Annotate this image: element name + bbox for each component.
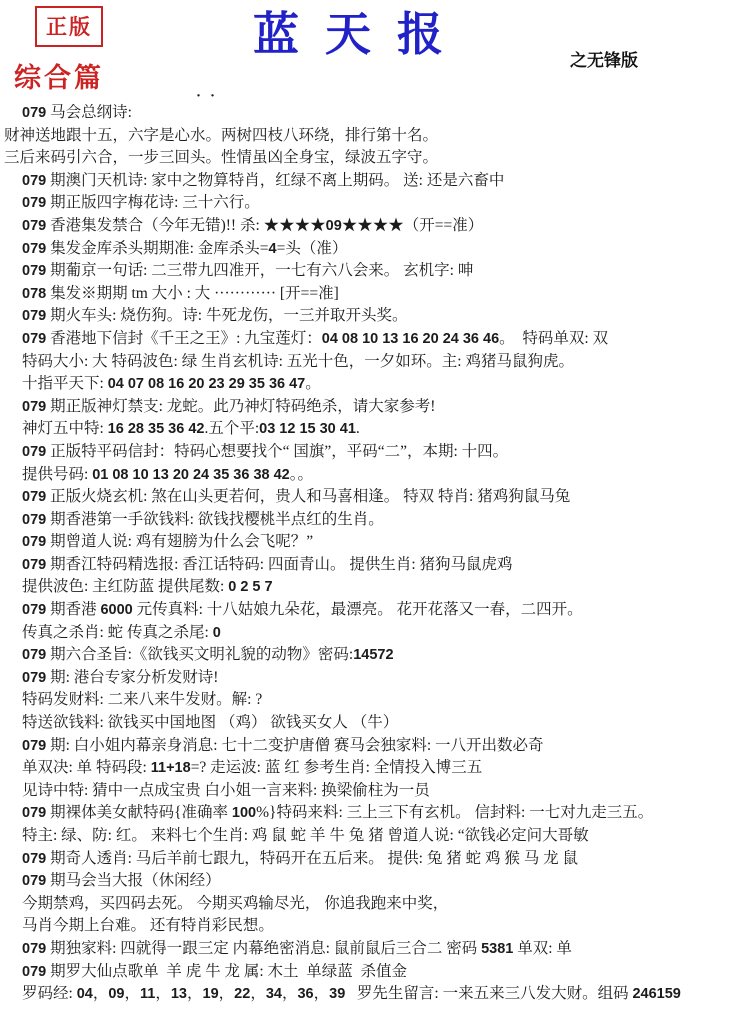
- report-line: 传真之杀肖: 蛇 传真之杀尾: 0: [22, 622, 742, 645]
- report-line: 提供波色: 主红防蓝 提供尾数: 0 2 5 7: [22, 576, 742, 599]
- report-line: 079 期: 港台专家分析发财诗!: [22, 667, 742, 690]
- report-line: 三后来码引六合，一步三回头。性情虽凶全身宝，绿波五字守。: [4, 147, 742, 170]
- report-line: 079 期马会当大报（休闲经）: [22, 870, 742, 893]
- report-line: 079 香港地下信封《千王之王》: 九宝莲灯：04 08 10 13 16 20…: [22, 328, 742, 351]
- report-line: 079 期曾道人说: 鸡有翅膀为什么会飞呢？”: [22, 531, 742, 554]
- report-line: 079 正版特平码信封：特码心想要找个“ 国旗”，平码“二”，本期: 十四。: [22, 441, 742, 464]
- report-line: 今期禁鸡，买四码去死。 今期买鸡输尽光， 你追我跑来中奖，: [22, 893, 742, 916]
- report-line: 079 期: 白小姐内幕亲身消息: 七十二变护唐僧 赛马会独家料: 一八开出数必…: [22, 735, 742, 758]
- report-line: 079 期香江特码精选报: 香江话特码: 四面青山。 提供生肖: 猪狗马鼠虎鸡: [22, 554, 742, 577]
- report-line: 079 期罗大仙点歌单 羊 虎 牛 龙 属: 木土 单绿蓝 杀值金: [22, 961, 742, 984]
- report-line: 财神送地跟十五，六字是心水。两树四枝八环绕，排行第十名。: [4, 125, 742, 148]
- page-title: 蓝天报: [253, 0, 469, 64]
- report-line: 079 期葡京一句话: 二三带九四准开，一七有六八会来。 玄机字: 呻: [22, 260, 742, 283]
- authentic-badge: 正版: [35, 6, 103, 47]
- report-line: 神灯五中特: 16 28 35 36 42.五个平:03 12 15 30 41…: [22, 418, 742, 441]
- newspaper-page: 正版 蓝天报 之无锋版 综合篇 ·· 079 马会总纲诗:财神送地跟十五，六字是…: [0, 0, 744, 1015]
- report-line: 078 集发※期期 tm 大小 : 大 ············ [开==准]: [22, 283, 742, 306]
- report-line: 单双决: 单 特码段: 11+18=? 走运波: 蓝 红 参考生肖: 全情投入博…: [22, 757, 742, 780]
- report-line: 079 期香港第一手欲钱料: 欲钱找樱桃半点红的生肖。: [22, 509, 742, 532]
- report-line: 提供号码: 01 08 10 13 20 24 35 36 38 42。。: [22, 464, 742, 487]
- report-line: 079 期奇人透肖: 马后羊前七跟九，特码开在五后来。 提供: 兔 猪 蛇 鸡 …: [22, 848, 742, 871]
- report-line: 特码大小: 大 特码波色: 绿 生肖玄机诗: 五光十色，一夕如环。主: 鸡猪马鼠…: [22, 351, 742, 374]
- report-line: 079 马会总纲诗:: [22, 102, 742, 125]
- report-line: 罗码经: 04，09，11，13，19，22，34，36，39 罗先生留言: 一…: [22, 983, 742, 1006]
- edition-label: 之无锋版: [570, 46, 638, 71]
- report-line: 079 期正版四字梅花诗: 三十六行。: [22, 192, 742, 215]
- report-line: 079 期正版神灯禁支: 龙蛇。此乃神灯特码绝杀，请大家参考!: [22, 396, 742, 419]
- report-lines: 079 马会总纲诗:财神送地跟十五，六字是心水。两树四枝八环绕，排行第十名。三后…: [22, 102, 742, 1006]
- report-line: 079 香港集发禁合（今年无错)!! 杀: ★★★★09★★★★（开==准）: [22, 215, 742, 238]
- report-line: 079 期火车头: 烧伤狗。诗: 牛死龙伤，一三并取开头奖。: [22, 305, 742, 328]
- report-line: 079 期六合圣旨:《欲钱买文明礼貌的动物》密码:14572: [22, 644, 742, 667]
- report-line: 特送欲钱料: 欲钱买中国地图 （鸡） 欲钱买女人 （牛）: [22, 712, 742, 735]
- report-line: 特主: 绿、防: 红。 来料七个生肖: 鸡 鼠 蛇 羊 牛 兔 猪 曾道人说: …: [22, 825, 742, 848]
- report-line: 079 正版火烧玄机: 煞在山头更若何，贵人和马喜相逢。 特双 特肖: 猪鸡狗鼠…: [22, 486, 742, 509]
- report-line: 见诗中特: 猜中一点成宝贵 白小姐一言来料: 换梁偷柱为一员: [22, 780, 742, 803]
- report-line: 079 期香港 6000 元传真料: 十八姑娘九朵花，最漂亮。 花开花落又一春，…: [22, 599, 742, 622]
- report-line: 079 期裸体美女献特码{准确率 100%}特码来料: 三上三下有玄机。 信封料…: [22, 802, 742, 825]
- section-title: 综合篇: [14, 56, 104, 95]
- report-line: 079 期澳门天机诗: 家中之物算特肖，红绿不离上期码。 送: 还是六畜中: [22, 170, 742, 193]
- report-line: 079 期独家料: 四就得一跟三定 内幕绝密消息: 鼠前鼠后三合二 密码 538…: [22, 938, 742, 961]
- report-line: 特码发财料: 二来八来牛发财。解: ?: [22, 689, 742, 712]
- report-line: 马肖今期上台难。 还有特肖彩民想。: [22, 915, 742, 938]
- report-line: 079 集发金库杀头期期准: 金库杀头=4=头（准）: [22, 238, 742, 261]
- report-line: 十指平天下: 04 07 08 16 20 23 29 35 36 47。: [22, 373, 742, 396]
